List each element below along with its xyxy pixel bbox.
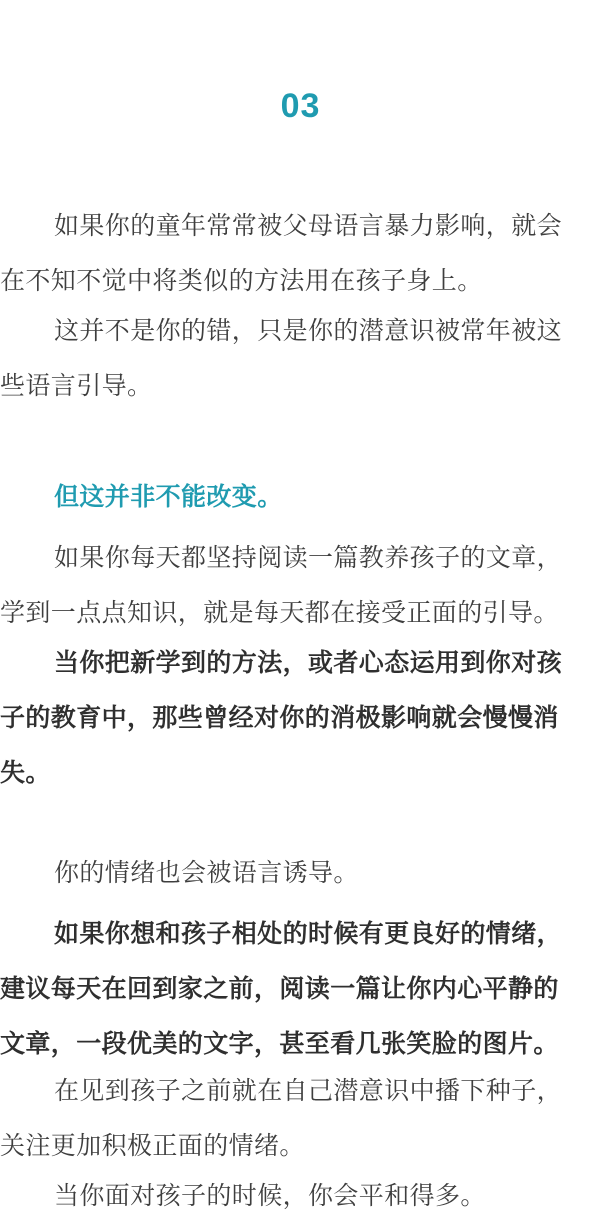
paragraph-line: 你的情绪也会被语言诱导。 [0,845,601,900]
paragraph-8: 在见到孩子之前就在自己潜意识中播下种子， 关注更加积极正面的情绪。 [0,1063,601,1173]
paragraph-line: 在见到孩子之前就在自己潜意识中播下种子， [0,1063,601,1118]
paragraph-line: 但这并非不能改变。 [0,469,601,524]
paragraph-line: 关注更加积极正面的情绪。 [0,1118,601,1173]
paragraph-9: 当你面对孩子的时候，你会平和得多。 [0,1168,601,1216]
paragraph-line: 当你面对孩子的时候，你会平和得多。 [0,1168,601,1216]
paragraph-line: 如果你想和孩子相处的时候有更良好的情绪， [0,906,601,961]
paragraph-line: 如果你的童年常常被父母语言暴力影响，就会 [0,198,601,253]
paragraph-line: 学到一点点知识，就是每天都在接受正面的引导。 [0,585,601,640]
paragraph-line: 在不知不觉中将类似的方法用在孩子身上。 [0,253,601,308]
paragraph-line: 失。 [0,745,601,800]
highlight-paragraph: 但这并非不能改变。 [0,469,601,524]
paragraph-line: 当你把新学到的方法，或者心态运用到你对孩 [0,635,601,690]
paragraph-line: 建议每天在回到家之前，阅读一篇让你内心平静的 [0,961,601,1016]
paragraph-line: 些语言引导。 [0,358,601,413]
paragraph-6: 你的情绪也会被语言诱导。 [0,845,601,900]
paragraph-line: 如果你每天都坚持阅读一篇教养孩子的文章， [0,530,601,585]
paragraph-4: 如果你每天都坚持阅读一篇教养孩子的文章， 学到一点点知识，就是每天都在接受正面的… [0,530,601,640]
bold-paragraph-1: 当你把新学到的方法，或者心态运用到你对孩 子的教育中，那些曾经对你的消极影响就会… [0,635,601,800]
paragraph-1: 如果你的童年常常被父母语言暴力影响，就会 在不知不觉中将类似的方法用在孩子身上。 [0,198,601,308]
paragraph-line: 子的教育中，那些曾经对你的消极影响就会慢慢消 [0,690,601,745]
paragraph-2: 这并不是你的错，只是你的潜意识被常年被这 些语言引导。 [0,303,601,413]
paragraph-line: 这并不是你的错，只是你的潜意识被常年被这 [0,303,601,358]
section-number: 03 [0,84,601,128]
bold-paragraph-2: 如果你想和孩子相处的时候有更良好的情绪， 建议每天在回到家之前，阅读一篇让你内心… [0,906,601,1071]
